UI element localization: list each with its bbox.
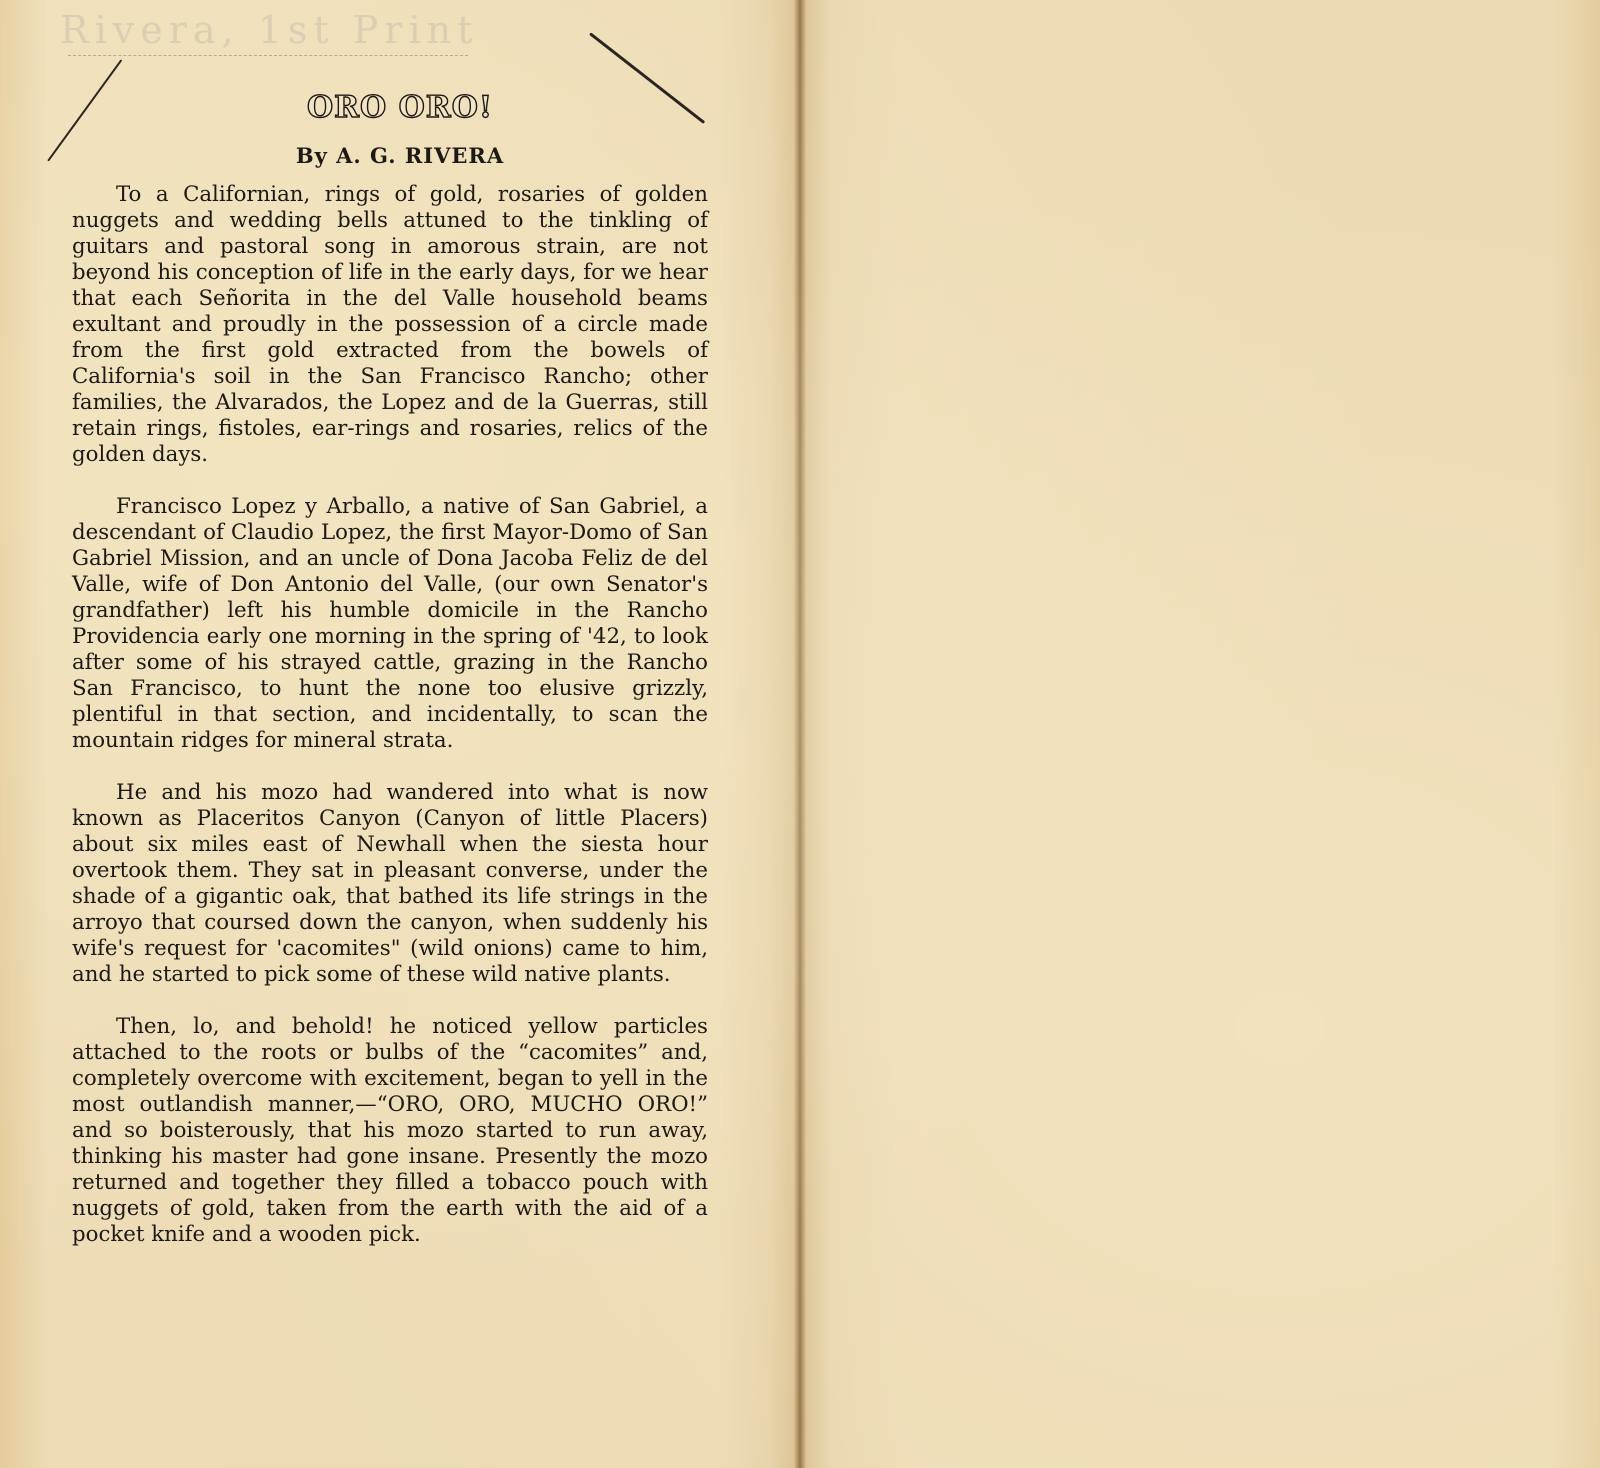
pamphlet-spread: Rivera, 1st Print ORO ORO! By A. G. RIVE…	[0, 0, 1600, 1468]
left-page: Rivera, 1st Print ORO ORO! By A. G. RIVE…	[0, 0, 800, 1468]
paragraph: Francisco Lopez y Arballo, a native of S…	[72, 494, 708, 754]
article-title: ORO ORO!	[0, 90, 800, 125]
paragraph: To a Californian, rings of gold, rosarie…	[72, 182, 708, 468]
dotted-frame-line	[68, 55, 468, 56]
paragraph: He and his mozo had wandered into what i…	[72, 780, 708, 988]
right-page: Greatly excited, he started for San Fern…	[800, 0, 1600, 1468]
article-byline: By A. G. RIVERA	[0, 143, 800, 168]
paragraph: Then, lo, and behold! he noticed yellow …	[72, 1014, 708, 1248]
left-column: To a Californian, rings of gold, rosarie…	[72, 182, 708, 1248]
